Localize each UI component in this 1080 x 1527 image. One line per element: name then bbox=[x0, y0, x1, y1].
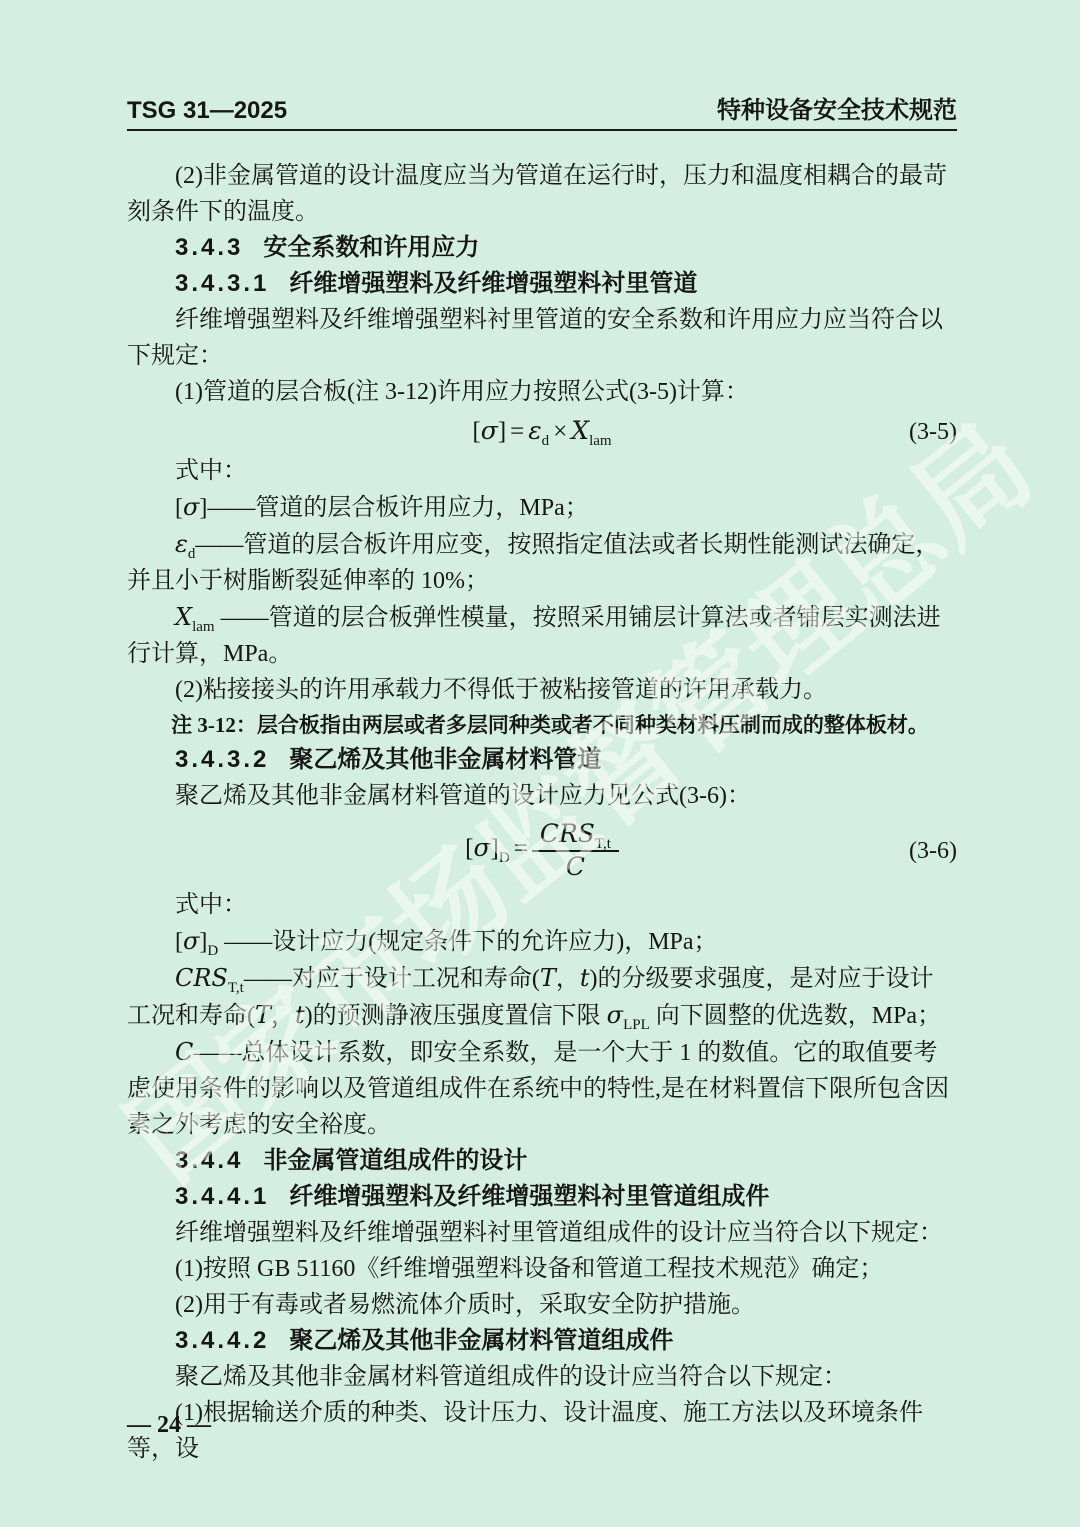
bracket-right: ] bbox=[498, 418, 506, 445]
equation-3-6: [σ]D=CRST,tC bbox=[465, 820, 619, 881]
text-run: 向下圆整的优选数，MPa； bbox=[650, 1003, 941, 1029]
heading-number: 3.4.3.1 bbox=[175, 270, 269, 297]
heading-3-4-4-2: 3.4.4.2聚乙烯及其他非金属材料管道组成件 bbox=[127, 1323, 957, 1359]
math-symbol: t bbox=[580, 964, 590, 992]
page-header: TSG 31—2025 特种设备安全技术规范 bbox=[127, 96, 957, 131]
heading-3-4-3-2: 3.4.3.2聚乙烯及其他非金属材料管道 bbox=[127, 742, 957, 778]
heading-number: 3.4.4.2 bbox=[175, 1327, 269, 1354]
where-label: 式中： bbox=[127, 887, 957, 923]
header-doc-title: 特种设备安全技术规范 bbox=[717, 96, 957, 125]
sigma-symbol: σ bbox=[473, 833, 490, 862]
definition-epsilon-d: εd——管道的层合板许用应变，按照指定值法或者长期性能测试法确定，并且小于树脂断… bbox=[127, 526, 957, 599]
subscript-lam: lam bbox=[589, 433, 612, 449]
text-run: [ bbox=[175, 495, 183, 521]
heading-title: 安全系数和许用应力 bbox=[263, 234, 479, 261]
header-doc-number: TSG 31—2025 bbox=[127, 96, 287, 125]
subscript-Tt: T,t bbox=[595, 836, 611, 852]
text-run: [ bbox=[175, 929, 183, 955]
heading-3-4-3-1: 3.4.3.1纤维增强塑料及纤维增强塑料衬里管道 bbox=[127, 266, 957, 302]
heading-number: 3.4.3.2 bbox=[175, 746, 269, 773]
equation-3-5: [σ]=εd×Xlam bbox=[472, 413, 611, 450]
equals-sign: = bbox=[510, 835, 532, 862]
text-run: 纤维增强塑料及纤维增强塑料衬里管道组成件的设计应当符合以下规定： bbox=[175, 1220, 943, 1246]
subscript: LPL bbox=[623, 1017, 650, 1033]
document-body: (2)非金属管道的设计温度应当为管道在运行时，压力和温度相耦合的最苛刻条件下的温… bbox=[127, 158, 957, 1467]
fraction-numerator: CRST,t bbox=[532, 820, 619, 852]
paragraph-frp-components-rule: 纤维增强塑料及纤维增强塑料衬里管道组成件的设计应当符合以下规定： bbox=[127, 1215, 957, 1251]
bracket-right: ] bbox=[491, 835, 499, 862]
heading-number: 3.4.4.1 bbox=[175, 1183, 269, 1210]
page-footer: — 24 — bbox=[127, 1412, 211, 1439]
text-run: (1)管道的层合板(注 3-12)许用应力按照公式(3-5)计算： bbox=[175, 379, 749, 405]
paragraph-design-temperature: (2)非金属管道的设计温度应当为管道在运行时，压力和温度相耦合的最苛刻条件下的温… bbox=[127, 158, 957, 230]
heading-number: 3.4.4 bbox=[175, 1147, 243, 1174]
math-symbol: σ bbox=[183, 927, 199, 955]
text-run: (1)根据输送介质的种类、设计压力、设计温度、施工方法以及环境条件等，设 bbox=[127, 1400, 923, 1462]
paragraph-pe-design-conditions: (1)根据输送介质的种类、设计压力、设计温度、施工方法以及环境条件等，设 bbox=[127, 1395, 957, 1467]
math-symbol: T bbox=[255, 1001, 271, 1029]
heading-title: 非金属管道组成件的设计 bbox=[263, 1147, 527, 1174]
paragraph-pe-components-rule: 聚乙烯及其他非金属材料管道组成件的设计应当符合以下规定： bbox=[127, 1359, 957, 1395]
math-symbol: σ bbox=[607, 1001, 623, 1029]
heading-title: 纤维增强塑料及纤维增强塑料衬里管道组成件 bbox=[289, 1183, 769, 1210]
equals-sign: = bbox=[506, 418, 528, 445]
math-symbol: X bbox=[175, 603, 192, 631]
definition-crs: CRST,t——对应于设计工况和寿命(T，t)的分级要求强度，是对应于设计工况和… bbox=[127, 960, 957, 1034]
text-run: ——管道的层合板许用应变，按照指定值法或者长期性能测试法确定，并且小于树脂断裂延… bbox=[127, 532, 939, 594]
fraction-denominator: C bbox=[532, 852, 619, 881]
heading-3-4-4: 3.4.4非金属管道组成件的设计 bbox=[127, 1143, 957, 1179]
text-run: 聚乙烯及其他非金属材料管道的设计应力见公式(3-6)： bbox=[175, 783, 751, 809]
heading-3-4-3: 3.4.3安全系数和许用应力 bbox=[127, 230, 957, 266]
formula-3-6: [σ]D=CRST,tC (3-6) bbox=[127, 820, 957, 881]
equation-number-3-5: (3-5) bbox=[909, 414, 957, 450]
text-run: (1)按照 GB 51160《纤维增强塑料设备和管道工程技术规范》确定； bbox=[175, 1256, 883, 1282]
paragraph-formula-3-5-intro: (1)管道的层合板(注 3-12)许用应力按照公式(3-5)计算： bbox=[127, 374, 957, 410]
text-run: ——总体设计系数，即安全系数，是一个大于 1 的数值。它的取值要考虑使用条件的影… bbox=[127, 1040, 949, 1138]
math-symbol: ε bbox=[175, 530, 188, 558]
text-run: ， bbox=[556, 966, 580, 992]
crs-symbol: CRS bbox=[540, 819, 595, 848]
note-3-12: 注 3-12：层合板指由两层或者多层同种类或者不同种类材料压制而成的整体板材。 bbox=[127, 708, 957, 742]
text-run: 纤维增强塑料及纤维增强塑料衬里管道的安全系数和许用应力应当符合以下规定： bbox=[127, 307, 943, 369]
definition-sigma: [σ]——管道的层合板许用应力，MPa； bbox=[127, 489, 957, 526]
paragraph-formula-3-6-intro: 聚乙烯及其他非金属材料管道的设计应力见公式(3-6)： bbox=[127, 778, 957, 814]
paragraph-frp-rule: 纤维增强塑料及纤维增强塑料衬里管道的安全系数和许用应力应当符合以下规定： bbox=[127, 302, 957, 374]
paragraph-toxic-media: (2)用于有毒或者易燃流体介质时，采取安全防护措施。 bbox=[127, 1287, 957, 1323]
text-run: 注 3-12：层合板指由两层或者多层同种类或者不同种类材料压制而成的整体板材。 bbox=[171, 713, 929, 737]
definition-x-lam: Xlam ——管道的层合板弹性模量，按照采用铺层计算法或者铺层实测法进行计算，M… bbox=[127, 599, 957, 672]
definition-c: C——总体设计系数，即安全系数，是一个大于 1 的数值。它的取值要考虑使用条件的… bbox=[127, 1034, 957, 1143]
fraction: CRST,tC bbox=[532, 820, 619, 881]
times-sign: × bbox=[549, 418, 571, 445]
heading-3-4-4-1: 3.4.4.1纤维增强塑料及纤维增强塑料衬里管道组成件 bbox=[127, 1179, 957, 1215]
bracket-left: [ bbox=[472, 418, 480, 445]
paragraph-adhesive-joint: (2)粘接接头的许用承载力不得低于被粘接管道的许用承载力。 bbox=[127, 672, 957, 708]
formula-3-5: [σ]=εd×Xlam (3-5) bbox=[127, 413, 957, 450]
subscript: T,t bbox=[228, 980, 244, 996]
heading-title: 纤维增强塑料及纤维增强塑料衬里管道 bbox=[289, 270, 697, 297]
page-content-area: TSG 31—2025 特种设备安全技术规范 (2)非金属管道的设计温度应当为管… bbox=[0, 0, 1080, 1467]
sigma-symbol: σ bbox=[481, 416, 498, 445]
math-symbol: C bbox=[175, 1038, 193, 1066]
page-number: — 24 — bbox=[127, 1412, 211, 1438]
subscript: lam bbox=[192, 619, 215, 635]
text-run: (2)粘接接头的许用承载力不得低于被粘接管道的许用承载力。 bbox=[175, 677, 827, 703]
where-label: 式中： bbox=[127, 453, 957, 489]
math-symbol: σ bbox=[183, 493, 199, 521]
equation-number-3-6: (3-6) bbox=[909, 833, 957, 869]
text-run: )的预测静液压强度置信下限 bbox=[305, 1003, 607, 1029]
epsilon-symbol: ε bbox=[528, 416, 541, 445]
text-run: ——设计应力(规定条件下的允许应力)，MPa； bbox=[218, 929, 717, 955]
heading-number: 3.4.3 bbox=[175, 234, 243, 261]
text-run: (2)用于有毒或者易燃流体介质时，采取安全防护措施。 bbox=[175, 1292, 755, 1318]
text-run: (2)非金属管道的设计温度应当为管道在运行时，压力和温度相耦合的最苛刻条件下的温… bbox=[127, 163, 947, 225]
text-run: 聚乙烯及其他非金属材料管道组成件的设计应当符合以下规定： bbox=[175, 1364, 847, 1390]
math-symbol: T bbox=[540, 964, 556, 992]
subscript-D: D bbox=[499, 850, 510, 866]
document-page: 国家市场监督管理总局 TSG 31—2025 特种设备安全技术规范 (2)非金属… bbox=[0, 0, 1080, 1527]
math-symbol: CRS bbox=[175, 964, 228, 992]
text-run: ， bbox=[271, 1003, 295, 1029]
definition-sigma-D: [σ]D ——设计应力(规定条件下的允许应力)，MPa； bbox=[127, 923, 957, 960]
x-symbol: X bbox=[571, 416, 589, 445]
text-run: ——管道的层合板许用应力，MPa； bbox=[207, 495, 588, 521]
heading-title: 聚乙烯及其他非金属材料管道 bbox=[289, 746, 601, 773]
subscript: D bbox=[207, 943, 218, 959]
text-run: ——管道的层合板弹性模量，按照采用铺层计算法或者铺层实测法进行计算，MPa。 bbox=[127, 605, 941, 667]
math-symbol: t bbox=[295, 1001, 305, 1029]
paragraph-gb51160: (1)按照 GB 51160《纤维增强塑料设备和管道工程技术规范》确定； bbox=[127, 1251, 957, 1287]
text-run: ——对应于设计工况和寿命( bbox=[244, 966, 540, 992]
heading-title: 聚乙烯及其他非金属材料管道组成件 bbox=[289, 1327, 673, 1354]
